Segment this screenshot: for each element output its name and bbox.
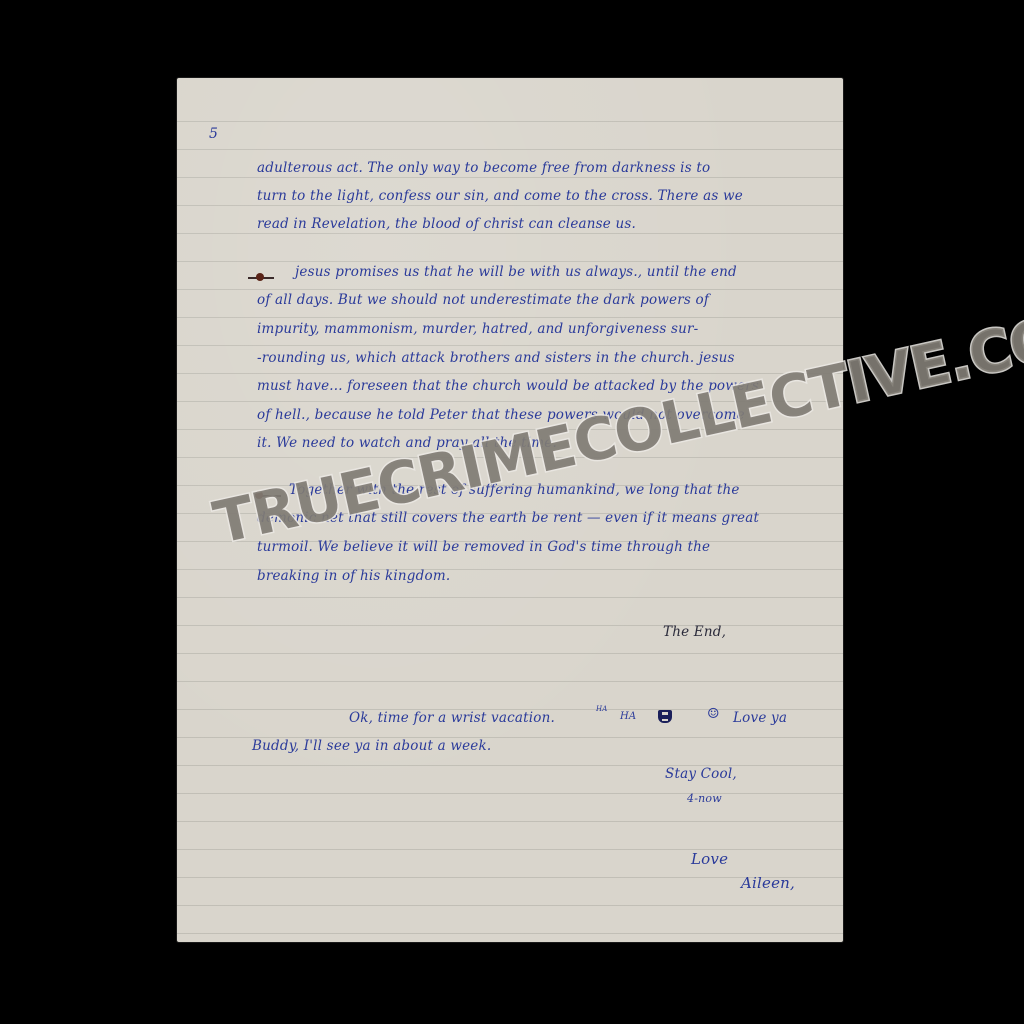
- paragraph-line: impurity, mammonism, murder, hatred, and…: [257, 321, 698, 337]
- for-now-text: 4-now: [687, 792, 722, 805]
- signature: Aileen,: [741, 874, 795, 892]
- laugh-text: HA: [620, 711, 636, 722]
- stay-cool-text: Stay Cool,: [665, 766, 737, 782]
- the-end-text: The End,: [663, 624, 726, 640]
- grinning-face-doodle-icon: [655, 702, 675, 724]
- love-text: Love: [691, 850, 728, 868]
- postscript-line-1: Ok, time for a wrist vacation.: [349, 710, 555, 726]
- paragraph-line: read in Revelation, the blood of christ …: [257, 216, 636, 232]
- paragraph-line: turn to the light, confess our sin, and …: [257, 188, 743, 204]
- postscript-line-2: Buddy, I'll see ya in about a week.: [252, 738, 491, 754]
- smiley-icon: ☺: [707, 706, 720, 722]
- paragraph-line: adulterous act. The only way to become f…: [257, 160, 710, 176]
- paragraph-line: jesus promises us that he will be with u…: [295, 264, 737, 280]
- paragraph-line: turmoil. We believe it will be removed i…: [257, 539, 710, 555]
- paragraph-line: -rounding us, which attack brothers and …: [257, 350, 735, 366]
- paragraph-line: breaking in of his kingdom.: [257, 568, 450, 584]
- page-number: 5: [209, 126, 218, 142]
- bullet-marker-icon: [248, 272, 274, 282]
- laugh-small-text: HA: [596, 705, 608, 713]
- paragraph-line: of all days. But we should not underesti…: [257, 292, 709, 308]
- love-ya-text: Love ya: [733, 710, 787, 726]
